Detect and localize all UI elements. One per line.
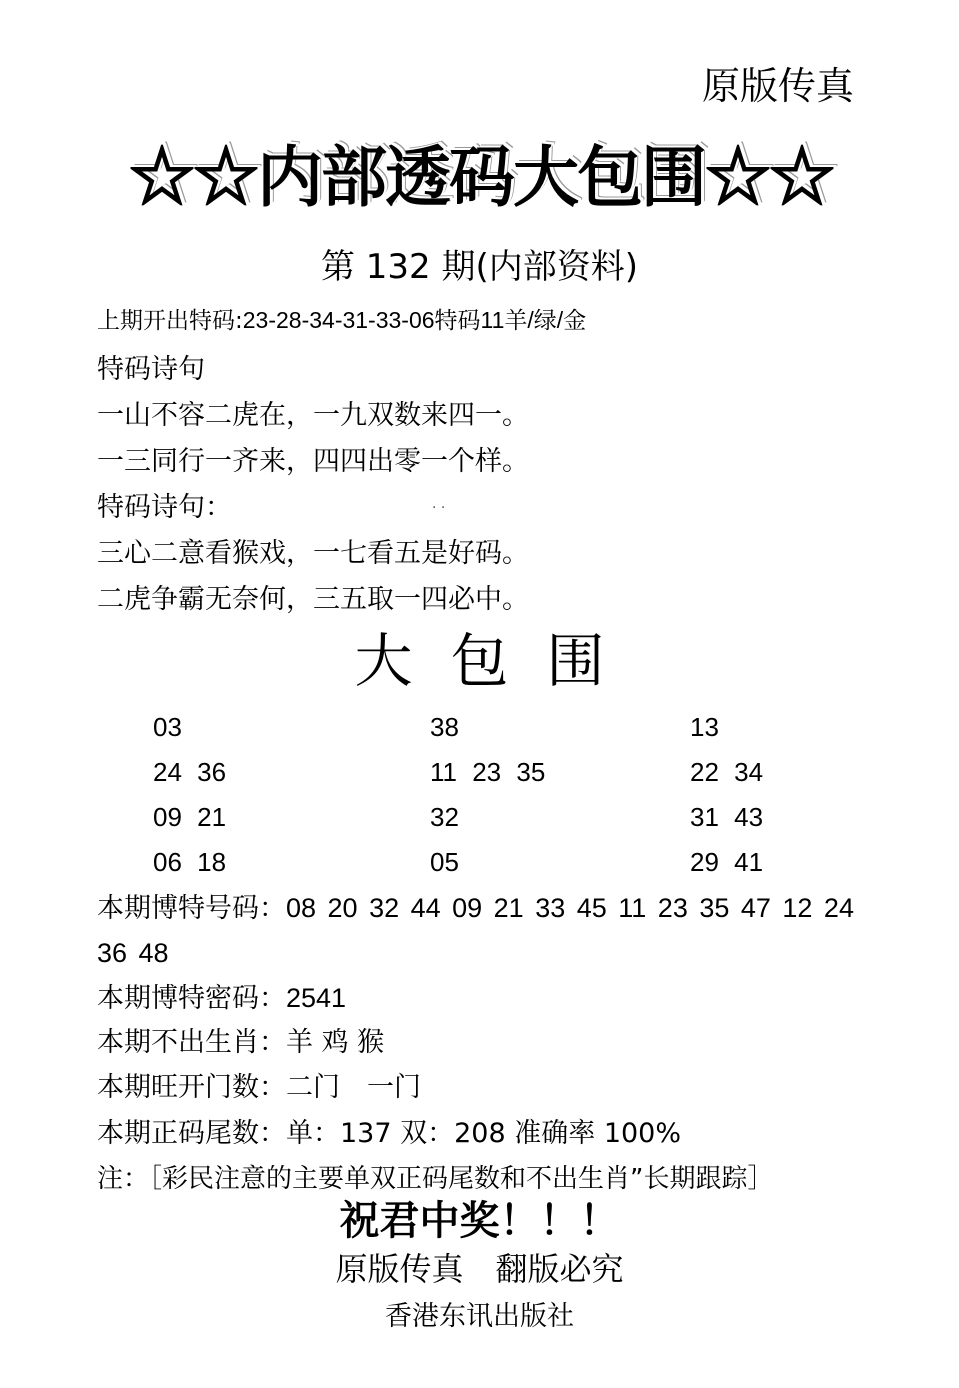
excluded-zodiac-value: 羊 鸡 猴	[286, 1027, 384, 1058]
special-numbers: 本期博特号码：08 20 32 44 09 21 33 45 11 23 35 …	[97, 890, 854, 927]
hot-doors-label: 本期旺开门数：	[97, 1072, 286, 1103]
grid-cell: 22 34	[690, 752, 763, 792]
tail-numbers-label: 本期正码尾数：	[97, 1118, 286, 1149]
hot-doors-value: 二门 一门	[286, 1072, 421, 1103]
tail-numbers-value: 单：137 双：208 准确率 100%	[286, 1118, 681, 1149]
note: 注：［彩民注意的主要单双正码尾数和不出生肖”长期跟踪］	[97, 1161, 773, 1197]
special-numbers-label: 本期博特号码：	[97, 893, 286, 924]
grid-cell: 05	[430, 842, 459, 882]
poem-line: 二虎争霸无奈何，三五取一四必中。	[97, 582, 529, 618]
grid-cell: 29 41	[690, 842, 763, 882]
grid-cell: 24 36	[153, 752, 226, 792]
grid-row: 24 36 11 23 35 22 34	[0, 752, 959, 792]
grid-cell: 09 21	[153, 797, 226, 837]
last-draw: 上期开出特码:23-28-34-31-33-06特码11羊/绿/金	[97, 302, 586, 339]
grid-cell: 32	[430, 797, 459, 837]
grid-cell: 11 23 35	[430, 752, 545, 792]
poem-heading-2: 特码诗句：	[97, 490, 232, 526]
issue-number: 第 132 期(内部资料)	[0, 244, 959, 290]
poem-line: 一三同行一齐来，四四出零一个样。	[97, 444, 529, 480]
page-title: ☆☆内部透码大包围☆☆	[96, 135, 866, 219]
grid-cell: 06 18	[153, 842, 226, 882]
excluded-zodiac-label: 本期不出生肖：	[97, 1027, 286, 1058]
grid-row: 06 18 05 29 41	[0, 842, 959, 882]
section-heading-big-encirclement: 大包围	[0, 625, 959, 697]
original-fax-tag: 原版传真	[702, 62, 854, 110]
special-numbers-values: 08 20 32 44 09 21 33 45 11 23 35 47 12 2…	[286, 893, 854, 923]
copyright-slogan: 原版传真 翻版必究	[0, 1247, 959, 1291]
special-numbers-continued: 36 48	[97, 935, 169, 971]
tail-numbers: 本期正码尾数：单：137 双：208 准确率 100%	[97, 1116, 681, 1152]
last-draw-value: 23-28-34-31-33-06特码11羊/绿/金	[243, 307, 586, 333]
grid-row: 09 21 32 31 43	[0, 797, 959, 837]
secret-code-label: 本期博特密码：	[97, 983, 286, 1014]
grid-cell: 03	[153, 707, 182, 747]
grid-cell: 13	[690, 707, 719, 747]
good-luck-wish: 祝君中奖！！！	[0, 1196, 959, 1246]
grid-row: 03 38 13	[0, 707, 959, 747]
last-draw-label: 上期开出特码:	[97, 308, 243, 334]
excluded-zodiac: 本期不出生肖：羊 鸡 猴	[97, 1025, 384, 1061]
stray-marks: · ·	[432, 500, 445, 516]
grid-cell: 38	[430, 707, 459, 747]
poem-line: 三心二意看猴戏，一七看五是好码。	[97, 536, 529, 572]
grid-cell: 31 43	[690, 797, 763, 837]
poem-heading-1: 特码诗句	[97, 352, 205, 388]
secret-code: 本期博特密码：2541	[97, 980, 346, 1017]
secret-code-value: 2541	[286, 983, 346, 1013]
poem-line: 一山不容二虎在，一九双数来四一。	[97, 398, 529, 434]
publisher-name: 香港东讯出版社	[0, 1298, 959, 1336]
hot-doors: 本期旺开门数：二门 一门	[97, 1070, 421, 1106]
